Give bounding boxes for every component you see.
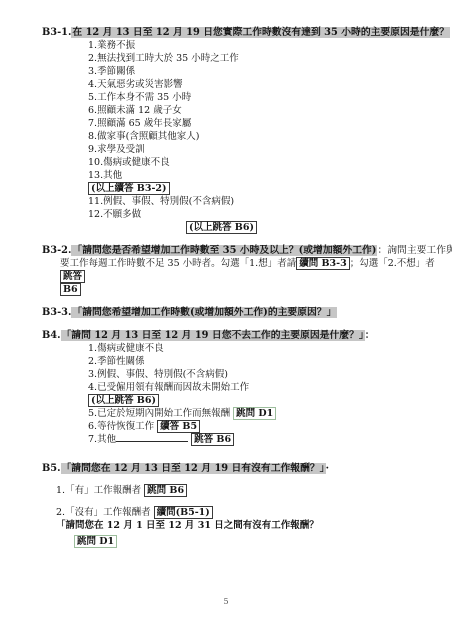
- page-number: 5: [0, 597, 452, 606]
- fill-in-blank: [116, 433, 188, 442]
- skip-b6-box: 跳問 B6: [144, 484, 187, 497]
- skip-b6-box: (以上跳答 B6): [186, 221, 257, 234]
- question-b5-header: B5.「請問您在 12 月 13 日至 12 月 19 日有沒有工作報酬？」·: [42, 462, 438, 475]
- question-b5-options: 1.「有」工作報酬者 跳問 B6 2.「沒有」工作報酬者 續問(B5-1)「請問…: [56, 484, 438, 548]
- option-text: 6.等待恢復工作: [88, 421, 154, 432]
- question-b5-period: ·: [326, 463, 329, 474]
- option-item: 12.不願多做: [88, 208, 438, 221]
- option-item-5: 5.已定於短期內開始工作而無報酬 跳問 D1: [88, 407, 438, 420]
- skip-d1-box: 跳問 D1: [74, 535, 117, 548]
- question-b5-title: 「請問您在 12 月 13 日至 12 月 19 日有沒有工作報酬？」: [61, 463, 326, 474]
- option-item-2-line2: 跳問 D1: [74, 535, 438, 548]
- question-b5: B5.「請問您在 12 月 13 日至 12 月 19 日有沒有工作報酬？」· …: [42, 462, 438, 548]
- question-b4-id: B4.: [42, 330, 61, 341]
- question-b3-3-header: B3-3.「請問您希望增加工作時數(或增加額外工作)的主要原因？」: [42, 306, 438, 319]
- question-b3-2-id: B3-2.: [42, 245, 71, 256]
- option-item: 9.求學及受訓: [88, 143, 438, 156]
- option-item: 4.天氣惡劣或災害影響: [88, 78, 438, 91]
- continue-b5-1-box: 續問(B5-1): [154, 506, 213, 519]
- question-b3-2-header: B3-2.「請問您是否希望增加工作時數至 35 小時及以上？(或增加額外工作)：…: [42, 244, 438, 257]
- option-text: 1.「有」工作報酬者: [56, 485, 141, 496]
- option-item: 3.季節關係: [88, 65, 438, 78]
- option-text: 5.已定於短期內開始工作而無報酬: [88, 408, 230, 419]
- option-text: 7.其他: [88, 434, 116, 445]
- question-b3-2-note-line3: B6: [60, 283, 438, 296]
- option-item: 5.工作本身不需 35 小時: [88, 91, 438, 104]
- continue-instruction-row: (以上續答 B3-2): [88, 182, 438, 195]
- question-b3-1-options: 1.業務不振 2.無法找到工時大於 35 小時之工作 3.季節關係 4.天氣惡劣…: [88, 39, 438, 234]
- question-b3-3-title: 「請問您希望增加工作時數(或增加額外工作)的主要原因？」: [71, 307, 337, 318]
- option-item: 6.照顧未滿 12 歲子女: [88, 104, 438, 117]
- question-b4-header: B4.「請問 12 月 13 日至 12 月 19 日您不去工作的主要原因是什麼…: [42, 329, 438, 342]
- question-b3-1-title: 在 12 月 13 日至 12 月 19 日您實際工作時數沒有達到 35 小時的…: [71, 27, 450, 38]
- continue-b5-box: 續答 B5: [157, 420, 200, 433]
- question-b3-2: B3-2.「請問您是否希望增加工作時數至 35 小時及以上？(或增加額外工作)：…: [42, 244, 438, 296]
- skip-b6-box: 跳答 B6: [191, 433, 234, 446]
- questionnaire-page: B3-1.在 12 月 13 日至 12 月 19 日您實際工作時數沒有達到 3…: [0, 0, 452, 640]
- skip-d1-box: 跳問 D1: [233, 407, 276, 420]
- question-b3-3: B3-3.「請問您希望增加工作時數(或增加額外工作)的主要原因？」: [42, 306, 438, 319]
- question-b3-2-note-line2: 要工作每週工作時數不足 35 小時者。勾選「1.想」者請續問 B3-3；勾選「2…: [60, 257, 438, 283]
- note-text: 要工作每週工作時數不足 35 小時者。勾選「1.想」者請: [60, 258, 296, 269]
- skip-b6-box-part1: 跳答: [60, 270, 85, 283]
- skip-instruction-row: (以上跳答 B6): [88, 394, 438, 407]
- question-b4-title: 「請問 12 月 13 日至 12 月 19 日您不去工作的主要原因是什麼？」: [61, 330, 365, 341]
- question-b3-1: B3-1.在 12 月 13 日至 12 月 19 日您實際工作時數沒有達到 3…: [42, 26, 438, 234]
- option-item: 3.例假、事假、特別假(不含病假): [88, 368, 438, 381]
- page-content: B3-1.在 12 月 13 日至 12 月 19 日您實際工作時數沒有達到 3…: [0, 0, 452, 548]
- option-item-6: 6.等待恢復工作 續答 B5: [88, 420, 438, 433]
- option-item-1: 1.「有」工作報酬者 跳問 B6: [56, 484, 438, 497]
- question-b4-colon: ：: [365, 330, 375, 341]
- question-b5-id: B5.: [42, 463, 61, 474]
- skip-b6-box: (以上跳答 B6): [88, 394, 159, 407]
- option-text: 2.「沒有」工作報酬者: [56, 507, 151, 518]
- option-item: 13.其他: [88, 169, 438, 182]
- option-item: 7.照顧滿 65 歲年長家屬: [88, 117, 438, 130]
- option-item: 10.傷病或健康不良: [88, 156, 438, 169]
- option-item: 2.季節性關係: [88, 355, 438, 368]
- question-b4-options: 1.傷病或健康不良 2.季節性關係 3.例假、事假、特別假(不含病假) 4.已受…: [88, 342, 438, 446]
- question-b3-1-header: B3-1.在 12 月 13 日至 12 月 19 日您實際工作時數沒有達到 3…: [42, 26, 438, 39]
- option-item: 4.已受僱用領有報酬而因故未開始工作: [88, 381, 438, 394]
- continue-b3-2-box: (以上續答 B3-2): [88, 182, 170, 195]
- option-item: 1.傷病或健康不良: [88, 342, 438, 355]
- option-item-2: 2.「沒有」工作報酬者 續問(B5-1)「請問您在 12 月 1 日至 12 月…: [56, 506, 438, 532]
- skip-b6-box-part2: B6: [60, 283, 81, 296]
- option-item: 1.業務不振: [88, 39, 438, 52]
- b5-1-question-text: 「請問您在 12 月 1 日至 12 月 31 日之間有沒有工作報酬？: [56, 520, 319, 531]
- question-b3-2-title: 「請問您是否希望增加工作時數至 35 小時及以上？(或增加額外工作): [71, 245, 377, 256]
- option-item: 11.例假、事假、特別假(不含病假): [88, 195, 438, 208]
- note-text: ；勾選「2.不想」者: [350, 258, 435, 269]
- option-item: 2.無法找到工時大於 35 小時之工作: [88, 52, 438, 65]
- question-b3-1-id: B3-1.: [42, 27, 71, 38]
- question-b3-3-id: B3-3.: [42, 307, 71, 318]
- skip-instruction-row: (以上跳答 B6): [186, 221, 438, 234]
- continue-b3-3-box: 續問 B3-3: [296, 257, 350, 270]
- question-b3-2-note-start: ：詢問主要工作與次: [377, 245, 452, 256]
- option-item: 8.做家事(含照顧其他家人): [88, 130, 438, 143]
- question-b4: B4.「請問 12 月 13 日至 12 月 19 日您不去工作的主要原因是什麼…: [42, 329, 438, 446]
- option-item-7: 7.其他 跳答 B6: [88, 433, 438, 446]
